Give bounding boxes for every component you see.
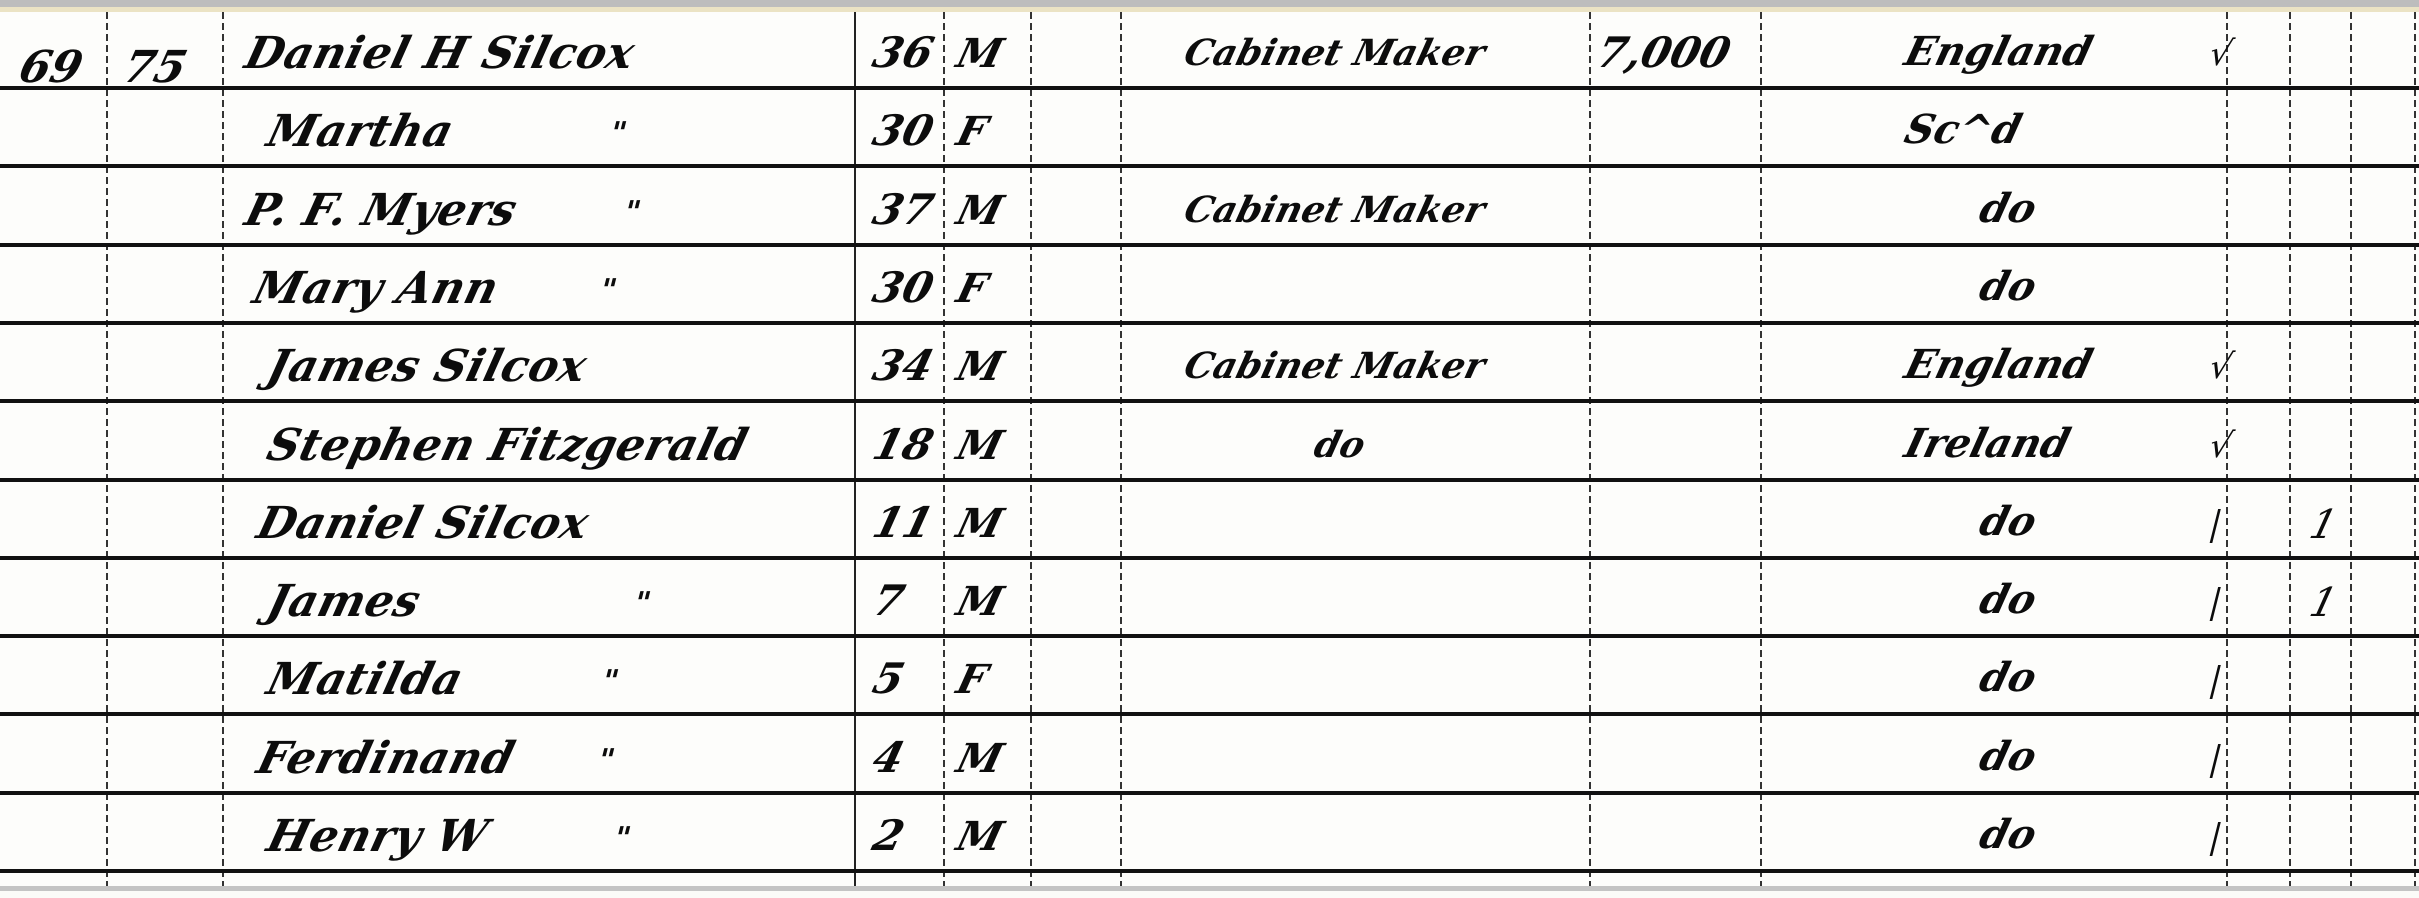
next-row-fragment xyxy=(0,891,2419,898)
sex-cell: M xyxy=(952,813,1008,860)
row-rule xyxy=(0,791,2419,795)
person-name: Henry W xyxy=(262,811,493,862)
column-rule xyxy=(1030,12,1032,886)
birthplace-cell: England xyxy=(1900,341,2097,388)
tick-mark: √ xyxy=(2205,34,2237,74)
row-rule xyxy=(0,478,2419,482)
person-name: Mary Ann xyxy=(248,263,504,314)
sex-cell: M xyxy=(952,343,1008,390)
birthplace-cell: Ireland xyxy=(1900,420,2075,467)
column-rule xyxy=(2414,12,2416,886)
person-name: Martha xyxy=(262,106,459,157)
ditto-mark: " xyxy=(594,743,618,778)
row-rule xyxy=(0,556,2419,560)
person-name: Stephen Fitzgerald xyxy=(262,420,753,471)
age-cell: 7 xyxy=(868,576,909,625)
sex-cell: M xyxy=(952,187,1008,234)
row-rule xyxy=(0,321,2419,325)
birthplace-cell: do xyxy=(1975,185,2041,232)
column-rule xyxy=(2350,12,2352,886)
tick-mark: | xyxy=(2205,504,2226,544)
row-rule xyxy=(0,86,2419,90)
row-rule xyxy=(0,164,2419,168)
occupation-cell: Cabinet Maker xyxy=(1180,189,1490,231)
row-rule xyxy=(0,399,2419,403)
column-rule xyxy=(854,12,856,886)
row-rule xyxy=(0,634,2419,638)
row-rule xyxy=(0,869,2419,873)
column-rule xyxy=(943,12,945,886)
age-cell: 18 xyxy=(868,420,939,469)
age-cell: 36 xyxy=(868,28,939,77)
birthplace-cell: Sc^d xyxy=(1900,106,2026,153)
age-cell: 30 xyxy=(868,106,939,155)
birthplace-cell: do xyxy=(1975,263,2041,310)
birthplace-cell: do xyxy=(1975,733,2041,780)
occupation-cell: do xyxy=(1310,424,1370,466)
column-rule xyxy=(1589,12,1591,886)
sex-cell: F xyxy=(952,108,992,155)
person-name: James xyxy=(262,576,426,627)
ditto-mark: " xyxy=(606,116,630,151)
person-name: Daniel H Silcox xyxy=(240,28,640,79)
ditto-mark: " xyxy=(630,586,654,621)
tick-mark: √ xyxy=(2205,426,2237,466)
birthplace-cell: do xyxy=(1975,576,2041,623)
tick-mark: √ xyxy=(2205,347,2237,387)
column-rule xyxy=(106,12,108,886)
column-rule xyxy=(222,12,224,886)
column-rule xyxy=(1120,12,1122,886)
sex-cell: M xyxy=(952,30,1008,77)
ditto-mark: " xyxy=(610,821,634,856)
sex-cell: M xyxy=(952,578,1008,625)
age-cell: 11 xyxy=(868,498,939,547)
age-cell: 30 xyxy=(868,263,939,312)
age-cell: 34 xyxy=(868,341,939,390)
occupation-cell: Cabinet Maker xyxy=(1180,345,1490,387)
person-name: James Silcox xyxy=(262,341,592,392)
sex-cell: F xyxy=(952,656,992,703)
occupation-cell: Cabinet Maker xyxy=(1180,32,1490,74)
birthplace-cell: do xyxy=(1975,498,2041,545)
birthplace-cell: do xyxy=(1975,654,2041,701)
real-estate-value-cell: 7,000 xyxy=(1592,28,1736,77)
birthplace-cell: England xyxy=(1900,28,2097,75)
tick-mark: | xyxy=(2205,582,2226,622)
top-scan-border xyxy=(0,0,2419,7)
tick-mark: | xyxy=(2205,739,2226,779)
row-rule xyxy=(0,243,2419,247)
column-mark: 1 xyxy=(2305,580,2342,626)
age-cell: 4 xyxy=(868,733,909,782)
age-cell: 37 xyxy=(868,185,939,234)
person-name: Matilda xyxy=(262,654,468,705)
person-name: P. F. Myers xyxy=(240,185,522,236)
age-cell: 2 xyxy=(868,811,909,860)
age-cell: 5 xyxy=(868,654,909,703)
sex-cell: M xyxy=(952,500,1008,547)
column-rule xyxy=(2289,12,2291,886)
column-rule xyxy=(1760,12,1762,886)
tick-mark: | xyxy=(2205,660,2226,700)
ditto-mark: " xyxy=(596,273,620,308)
ditto-mark: " xyxy=(620,195,644,230)
tick-mark: | xyxy=(2205,817,2226,857)
column-mark: 1 xyxy=(2305,502,2342,548)
ditto-mark: " xyxy=(598,664,622,699)
sex-cell: F xyxy=(952,265,992,312)
sex-cell: M xyxy=(952,735,1008,782)
sex-cell: M xyxy=(952,422,1008,469)
census-sheet: 69 75 Daniel H Silcox36MCabinet Maker7,0… xyxy=(0,12,2419,886)
person-name: Ferdinand xyxy=(252,733,520,784)
row-rule xyxy=(0,712,2419,716)
birthplace-cell: do xyxy=(1975,811,2041,858)
person-name: Daniel Silcox xyxy=(252,498,594,549)
